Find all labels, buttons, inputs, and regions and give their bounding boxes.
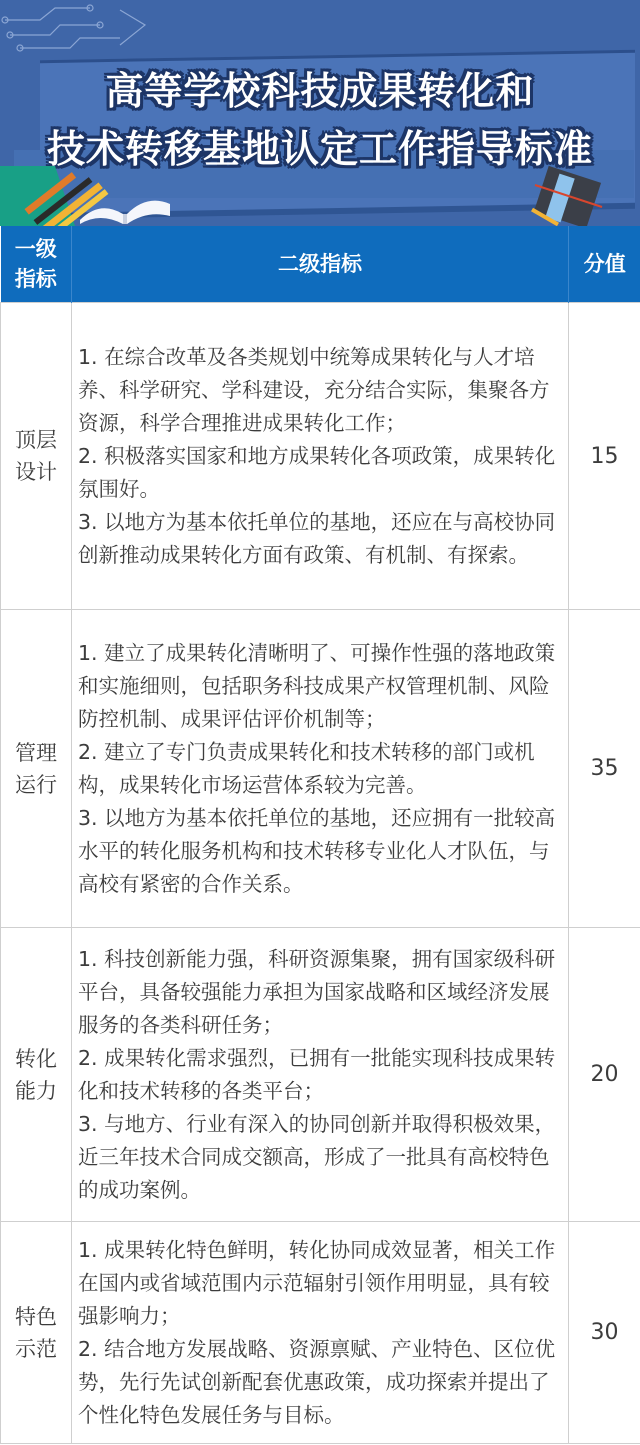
level1-line1: 转化 (1, 1043, 71, 1075)
level1-line1: 顶层 (1, 424, 71, 456)
level1-line2: 设计 (1, 456, 71, 488)
table-row: 转化 能力 1. 科技创新能力强，科研资源集聚，拥有国家级科研平台，具备较强能力… (1, 928, 640, 1222)
score-cell: 20 (569, 928, 640, 1222)
level1-line1: 特色 (1, 1301, 71, 1333)
criterion-item: 3. 以地方为基本依托单位的基地，还应在与高校协同创新推动成果转化方面有政策、有… (78, 506, 562, 572)
criteria-table: 一级 指标 二级指标 分值 顶层 设计 1. 在综合改革及各类规划中统筹成果转化… (0, 226, 640, 1444)
criterion-item: 1. 在综合改革及各类规划中统筹成果转化与人才培养、科学研究、学科建设，充分结合… (78, 341, 562, 440)
level1-cell: 特色 示范 (1, 1222, 72, 1444)
level2-cell: 1. 成果转化特色鲜明，转化协同成效显著，相关工作在国内或省域范围内示范辐射引领… (72, 1222, 569, 1444)
notebook-icon (530, 165, 610, 226)
table-row: 顶层 设计 1. 在综合改革及各类规划中统筹成果转化与人才培养、科学研究、学科建… (1, 303, 640, 610)
criterion-item: 2. 结合地方发展战略、资源禀赋、产业特色、区位优势，先行先试创新配套优惠政策，… (78, 1333, 562, 1432)
header-level1: 一级 指标 (1, 226, 72, 303)
open-book-icon (75, 180, 175, 226)
header-level2: 二级指标 (72, 226, 569, 303)
level1-line2: 能力 (1, 1075, 71, 1107)
table-row: 特色 示范 1. 成果转化特色鲜明，转化协同成效显著，相关工作在国内或省域范围内… (1, 1222, 640, 1444)
score-cell: 15 (569, 303, 640, 610)
level1-cell: 管理 运行 (1, 610, 72, 928)
criterion-item: 1. 建立了成果转化清晰明了、可操作性强的落地政策和实施细则，包括职务科技成果产… (78, 637, 562, 736)
score-cell: 30 (569, 1222, 640, 1444)
table-header-row: 一级 指标 二级指标 分值 (1, 226, 640, 303)
level2-cell: 1. 建立了成果转化清晰明了、可操作性强的落地政策和实施细则，包括职务科技成果产… (72, 610, 569, 928)
criterion-item: 3. 与地方、行业有深入的协同创新并取得积极效果，近三年技术合同成交额高，形成了… (78, 1108, 562, 1207)
criterion-item: 3. 以地方为基本依托单位的基地，还应拥有一批较高水平的转化服务机构和技术转移专… (78, 802, 562, 901)
criterion-item: 2. 积极落实国家和地方成果转化各项政策，成果转化氛围好。 (78, 440, 562, 506)
criterion-item: 2. 成果转化需求强烈，已拥有一批能实现科技成果转化和技术转移的各类平台； (78, 1042, 562, 1108)
level1-line2: 示范 (1, 1333, 71, 1365)
page-title-line1: 高等学校科技成果转化和 (0, 60, 640, 115)
table-row: 管理 运行 1. 建立了成果转化清晰明了、可操作性强的落地政策和实施细则，包括职… (1, 610, 640, 928)
title-banner: 高等学校科技成果转化和 技术转移基地认定工作指导标准 (0, 0, 640, 226)
score-cell: 35 (569, 610, 640, 928)
level1-line1: 管理 (1, 737, 71, 769)
level2-cell: 1. 在综合改革及各类规划中统筹成果转化与人才培养、科学研究、学科建设，充分结合… (72, 303, 569, 610)
criterion-item: 1. 科技创新能力强，科研资源集聚，拥有国家级科研平台，具备较强能力承担为国家战… (78, 943, 562, 1042)
criterion-item: 1. 成果转化特色鲜明，转化协同成效显著，相关工作在国内或省域范围内示范辐射引领… (78, 1234, 562, 1333)
level1-cell: 转化 能力 (1, 928, 72, 1222)
header-score: 分值 (569, 226, 640, 303)
level1-cell: 顶层 设计 (1, 303, 72, 610)
circuit-hand-icon (0, 0, 160, 60)
criterion-item: 2. 建立了专门负责成果转化和技术转移的部门或机构，成果转化市场运营体系较为完善… (78, 736, 562, 802)
header-level1-line2: 指标 (1, 264, 72, 294)
level1-line2: 运行 (1, 769, 71, 801)
header-level1-line1: 一级 (1, 234, 72, 264)
level2-cell: 1. 科技创新能力强，科研资源集聚，拥有国家级科研平台，具备较强能力承担为国家战… (72, 928, 569, 1222)
